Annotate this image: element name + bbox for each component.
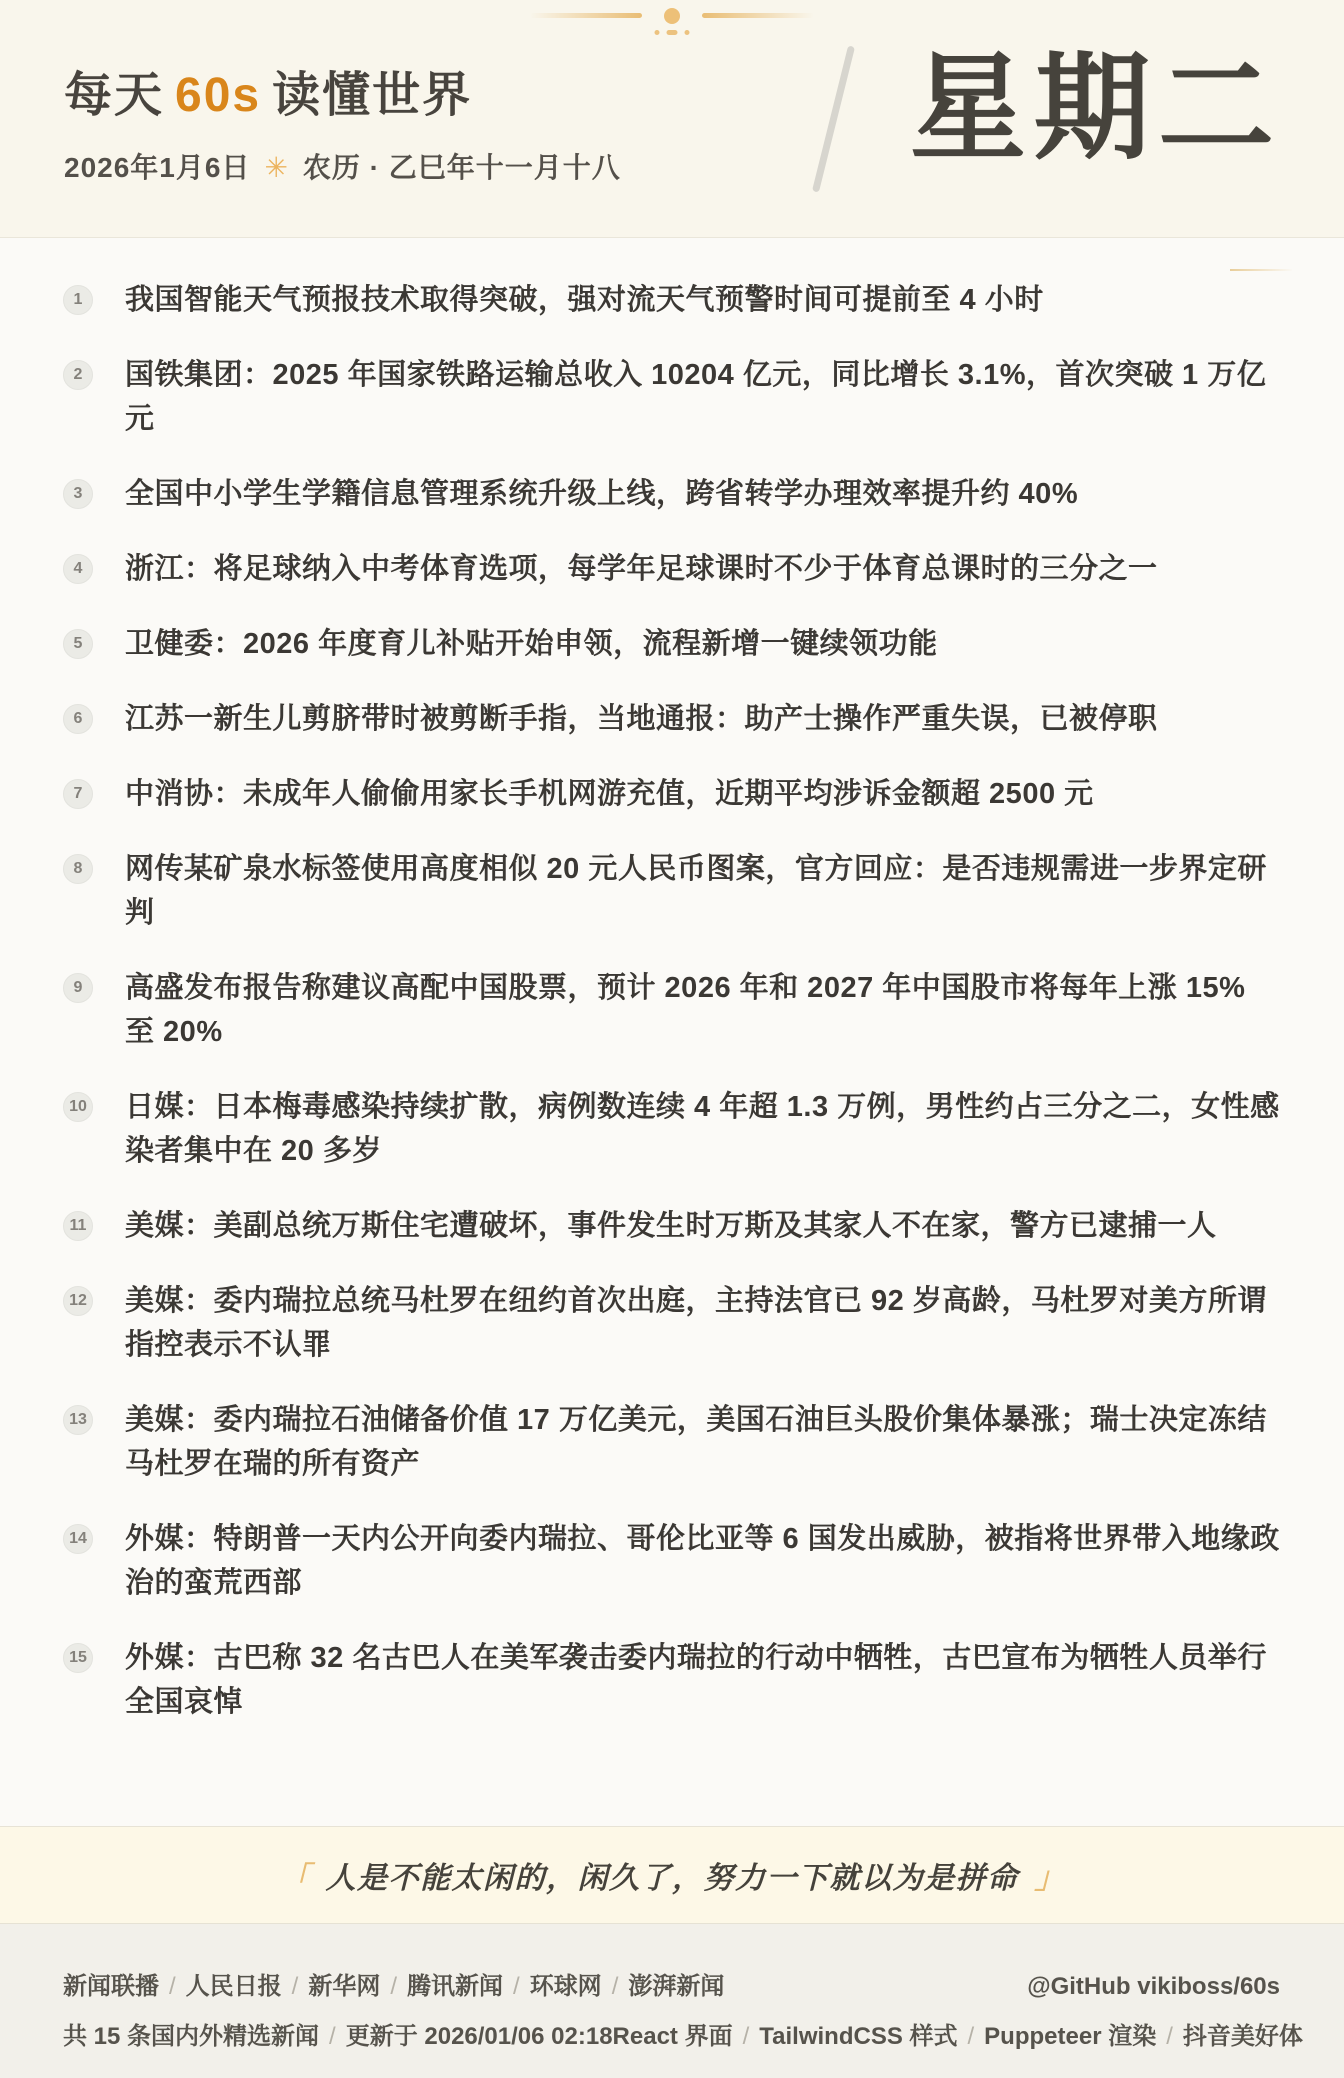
github-credit: @GitHub vikiboss/60s [1027, 1973, 1280, 2001]
news-item: 6 江苏一新生儿剪脐带时被剪断手指，当地通报：助产士操作严重失误，已被停职 [63, 697, 1280, 741]
tech-item: Puppeteer 渲染 [984, 2023, 1156, 2050]
item-number-badge: 11 [63, 1211, 93, 1241]
quote-bar: 「 人是不能太闲的，闲久了，努力一下就以为是拼命 」 [0, 1827, 1344, 1924]
news-item-text: 外媒：古巴称 32 名古巴人在美军袭击委内瑞拉的行动中牺牲，古巴宣布为牺牲人员举… [125, 1636, 1280, 1724]
separator: / [390, 1973, 397, 2000]
news-item: 15 外媒：古巴称 32 名古巴人在美军袭击委内瑞拉的行动中牺牲，古巴宣布为牺牲… [63, 1636, 1280, 1724]
news-item-text: 我国智能天气预报技术取得突破，强对流天气预警时间可提前至 4 小时 [125, 278, 1044, 322]
news-item-text: 中消协：未成年人偷偷用家长手机网游充值，近期平均涉诉金额超 2500 元 [125, 772, 1094, 816]
item-number-badge: 10 [63, 1092, 93, 1122]
news-item-text: 江苏一新生儿剪脐带时被剪断手指，当地通报：助产士操作严重失误，已被停职 [125, 697, 1158, 741]
source-item: 环球网 [530, 1973, 602, 2000]
title-prefix: 每天 [64, 69, 164, 122]
news-item: 4 浙江：将足球纳入中考体育选项，每学年足球课时不少于体育总课时的三分之一 [63, 547, 1280, 591]
news-item-text: 美媒：委内瑞拉石油储备价值 17 万亿美元，美国石油巨头股价集体暴涨；瑞士决定冻… [125, 1398, 1280, 1486]
separator: / [743, 2023, 750, 2050]
item-number-badge: 15 [63, 1643, 93, 1673]
separator: / [292, 1973, 299, 2000]
item-number-badge: 12 [63, 1286, 93, 1316]
tech-item: TailwindCSS 样式 [759, 2023, 957, 2050]
news-item-text: 外媒：特朗普一天内公开向委内瑞拉、哥伦比亚等 6 国发出威胁，被指将世界带入地缘… [125, 1517, 1280, 1605]
item-number-badge: 13 [63, 1405, 93, 1435]
news-item-text: 高盛发布报告称建议高配中国股票，预计 2026 年和 2027 年中国股市将每年… [125, 966, 1280, 1054]
footer: 新闻联播/人民日报/新华网/腾讯新闻/环球网/澎湃新闻 @GitHub viki… [0, 1924, 1344, 2078]
news-item: 11 美媒：美副总统万斯住宅遭破坏，事件发生时万斯及其家人不在家，警方已逮捕一人 [63, 1204, 1280, 1248]
asterisk-icon: ✳ [264, 152, 288, 183]
news-item: 5 卫健委：2026 年度育儿补贴开始申领，流程新增一键续领功能 [63, 622, 1280, 666]
separator: / [513, 1973, 520, 2000]
updated-at: 更新于 2026/01/06 02:18 [346, 2023, 613, 2050]
source-item: 人民日报 [186, 1973, 282, 2000]
update-info: 共 15 条国内外精选新闻/更新于 2026/01/06 02:18 [63, 2016, 613, 2051]
tech-item: React 界面 [613, 2023, 733, 2050]
news-item: 7 中消协：未成年人偷偷用家长手机网游充值，近期平均涉诉金额超 2500 元 [63, 772, 1280, 816]
news-item: 9 高盛发布报告称建议高配中国股票，预计 2026 年和 2027 年中国股市将… [63, 966, 1280, 1054]
separator: / [169, 1973, 176, 2000]
news-sources: 新闻联播/人民日报/新华网/腾讯新闻/环球网/澎湃新闻 [63, 1966, 724, 2001]
item-number-badge: 8 [63, 854, 93, 884]
footer-row-sources: 新闻联播/人民日报/新华网/腾讯新闻/环球网/澎湃新闻 @GitHub viki… [63, 1966, 1280, 2001]
news-item: 12 美媒：委内瑞拉总统马杜罗在纽约首次出庭，主持法官已 92 岁高龄，马杜罗对… [63, 1279, 1280, 1367]
footer-row-meta: 共 15 条国内外精选新闻/更新于 2026/01/06 02:18 React… [63, 2016, 1280, 2051]
source-item: 新华网 [308, 1973, 380, 2000]
item-number-badge: 6 [63, 704, 93, 734]
title-suffix: 读懂世界 [272, 69, 472, 122]
news-card: 1 我国智能天气预报技术取得突破，强对流天气预警时间可提前至 4 小时 2 国铁… [0, 238, 1344, 1827]
deco-watermark [1230, 269, 1292, 271]
title-highlight: 60s [175, 69, 261, 122]
tech-credits: React 界面/TailwindCSS 样式/Puppeteer 渲染/抖音美… [613, 2016, 1303, 2051]
news-item-text: 美媒：美副总统万斯住宅遭破坏，事件发生时万斯及其家人不在家，警方已逮捕一人 [125, 1204, 1217, 1248]
separator: / [612, 1973, 619, 2000]
separator: / [968, 2023, 975, 2050]
slash-divider [812, 45, 855, 192]
item-number-badge: 7 [63, 779, 93, 809]
news-item-text: 日媒：日本梅毒感染持续扩散，病例数连续 4 年超 1.3 万例，男性约占三分之二… [125, 1085, 1280, 1173]
news-item: 8 网传某矿泉水标签使用高度相似 20 元人民币图案，官方回应：是否违规需进一步… [63, 847, 1280, 935]
header: 每天60s读懂世界 2026年1月6日✳农历 · 乙巳年十一月十八 星期二 [0, 0, 1344, 238]
news-item: 14 外媒：特朗普一天内公开向委内瑞拉、哥伦比亚等 6 国发出威胁，被指将世界带… [63, 1517, 1280, 1605]
page-title: 每天60s读懂世界 [64, 56, 472, 125]
item-number-badge: 9 [63, 973, 93, 1003]
news-item: 10 日媒：日本梅毒感染持续扩散，病例数连续 4 年超 1.3 万例，男性约占三… [63, 1085, 1280, 1173]
item-number-badge: 4 [63, 554, 93, 584]
source-item: 腾讯新闻 [407, 1973, 503, 2000]
item-number-badge: 3 [63, 479, 93, 509]
separator: / [329, 2023, 336, 2050]
news-item-text: 全国中小学生学籍信息管理系统升级上线，跨省转学办理效率提升约 40% [125, 472, 1078, 516]
news-item: 3 全国中小学生学籍信息管理系统升级上线，跨省转学办理效率提升约 40% [63, 472, 1280, 516]
dateline: 2026年1月6日✳农历 · 乙巳年十一月十八 [64, 146, 621, 186]
lunar-date: 农历 · 乙巳年十一月十八 [303, 152, 621, 183]
news-item-text: 美媒：委内瑞拉总统马杜罗在纽约首次出庭，主持法官已 92 岁高龄，马杜罗对美方所… [125, 1279, 1280, 1367]
news-item: 2 国铁集团：2025 年国家铁路运输总收入 10204 亿元，同比增长 3.1… [63, 353, 1280, 441]
item-number-badge: 1 [63, 285, 93, 315]
news-count: 共 15 条国内外精选新闻 [63, 2023, 319, 2050]
item-number-badge: 2 [63, 360, 93, 390]
item-number-badge: 5 [63, 629, 93, 659]
news-item: 1 我国智能天气预报技术取得突破，强对流天气预警时间可提前至 4 小时 [63, 278, 1280, 322]
quote-text: 人是不能太闲的，闲久了，努力一下就以为是拼命 [326, 1853, 1019, 1897]
quote-close-bracket: 」 [1035, 1853, 1065, 1897]
item-number-badge: 14 [63, 1524, 93, 1554]
news-item: 13 美媒：委内瑞拉石油储备价值 17 万亿美元，美国石油巨头股价集体暴涨；瑞士… [63, 1398, 1280, 1486]
source-item: 新闻联播 [63, 1973, 159, 2000]
quote-open-bracket: 「 [280, 1853, 310, 1897]
news-item-text: 浙江：将足球纳入中考体育选项，每学年足球课时不少于体育总课时的三分之一 [125, 547, 1158, 591]
separator: / [1166, 2023, 1173, 2050]
source-item: 澎湃新闻 [628, 1973, 724, 2000]
weekday-label: 星期二 [910, 50, 1282, 166]
news-item-text: 网传某矿泉水标签使用高度相似 20 元人民币图案，官方回应：是否违规需进一步界定… [125, 847, 1280, 935]
news-item-text: 国铁集团：2025 年国家铁路运输总收入 10204 亿元，同比增长 3.1%，… [125, 353, 1280, 441]
date-text: 2026年1月6日 [64, 152, 250, 183]
tech-item: 抖音美好体 [1183, 2023, 1303, 2050]
news-item-text: 卫健委：2026 年度育儿补贴开始申领，流程新增一键续领功能 [125, 622, 938, 666]
daily-60s-news-card: 每天60s读懂世界 2026年1月6日✳农历 · 乙巳年十一月十八 星期二 1 … [0, 0, 1344, 2078]
